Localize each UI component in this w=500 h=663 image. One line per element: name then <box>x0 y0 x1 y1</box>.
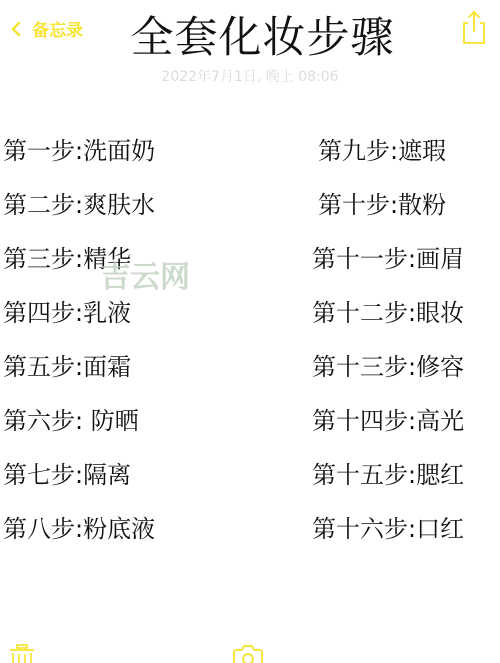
step-item: 第十六步:口红 <box>312 505 464 559</box>
steps-column-right: 第九步:遮瑕 第十步:散粉 第十一步:画眉 第十二步:眼妆 第十三步:修容 第十… <box>312 127 464 559</box>
step-item: 第十三步:修容 <box>312 343 464 397</box>
step-item: 第十一步:画眉 <box>312 235 464 289</box>
step-item: 第八步:粉底液 <box>3 505 155 559</box>
step-item: 第七步:隔离 <box>3 451 155 505</box>
step-item: 第二步:爽肤水 <box>3 181 155 235</box>
note-timestamp: 2022年7月1日, 晚上 08:06 <box>0 66 500 86</box>
trash-icon[interactable] <box>8 644 36 663</box>
step-item: 第六步: 防晒 <box>3 397 155 451</box>
step-item: 第十步:散粉 <box>312 181 464 235</box>
watermark: 吉云网 <box>100 252 190 296</box>
step-item: 第五步:面霜 <box>3 343 155 397</box>
step-item: 第十二步:眼妆 <box>312 289 464 343</box>
step-item: 第一步:洗面奶 <box>3 127 155 181</box>
step-item: 第九步:遮瑕 <box>312 127 464 181</box>
step-item: 第十五步:腮红 <box>312 451 464 505</box>
step-item: 第四步:乳液 <box>3 289 155 343</box>
steps-column-left: 第一步:洗面奶 第二步:爽肤水 第三步:精华 第四步:乳液 第五步:面霜 第六步… <box>3 127 155 559</box>
note-title: 全套化妆步骤 <box>0 4 500 65</box>
camera-icon[interactable] <box>232 644 264 663</box>
step-item: 第十四步:高光 <box>312 397 464 451</box>
